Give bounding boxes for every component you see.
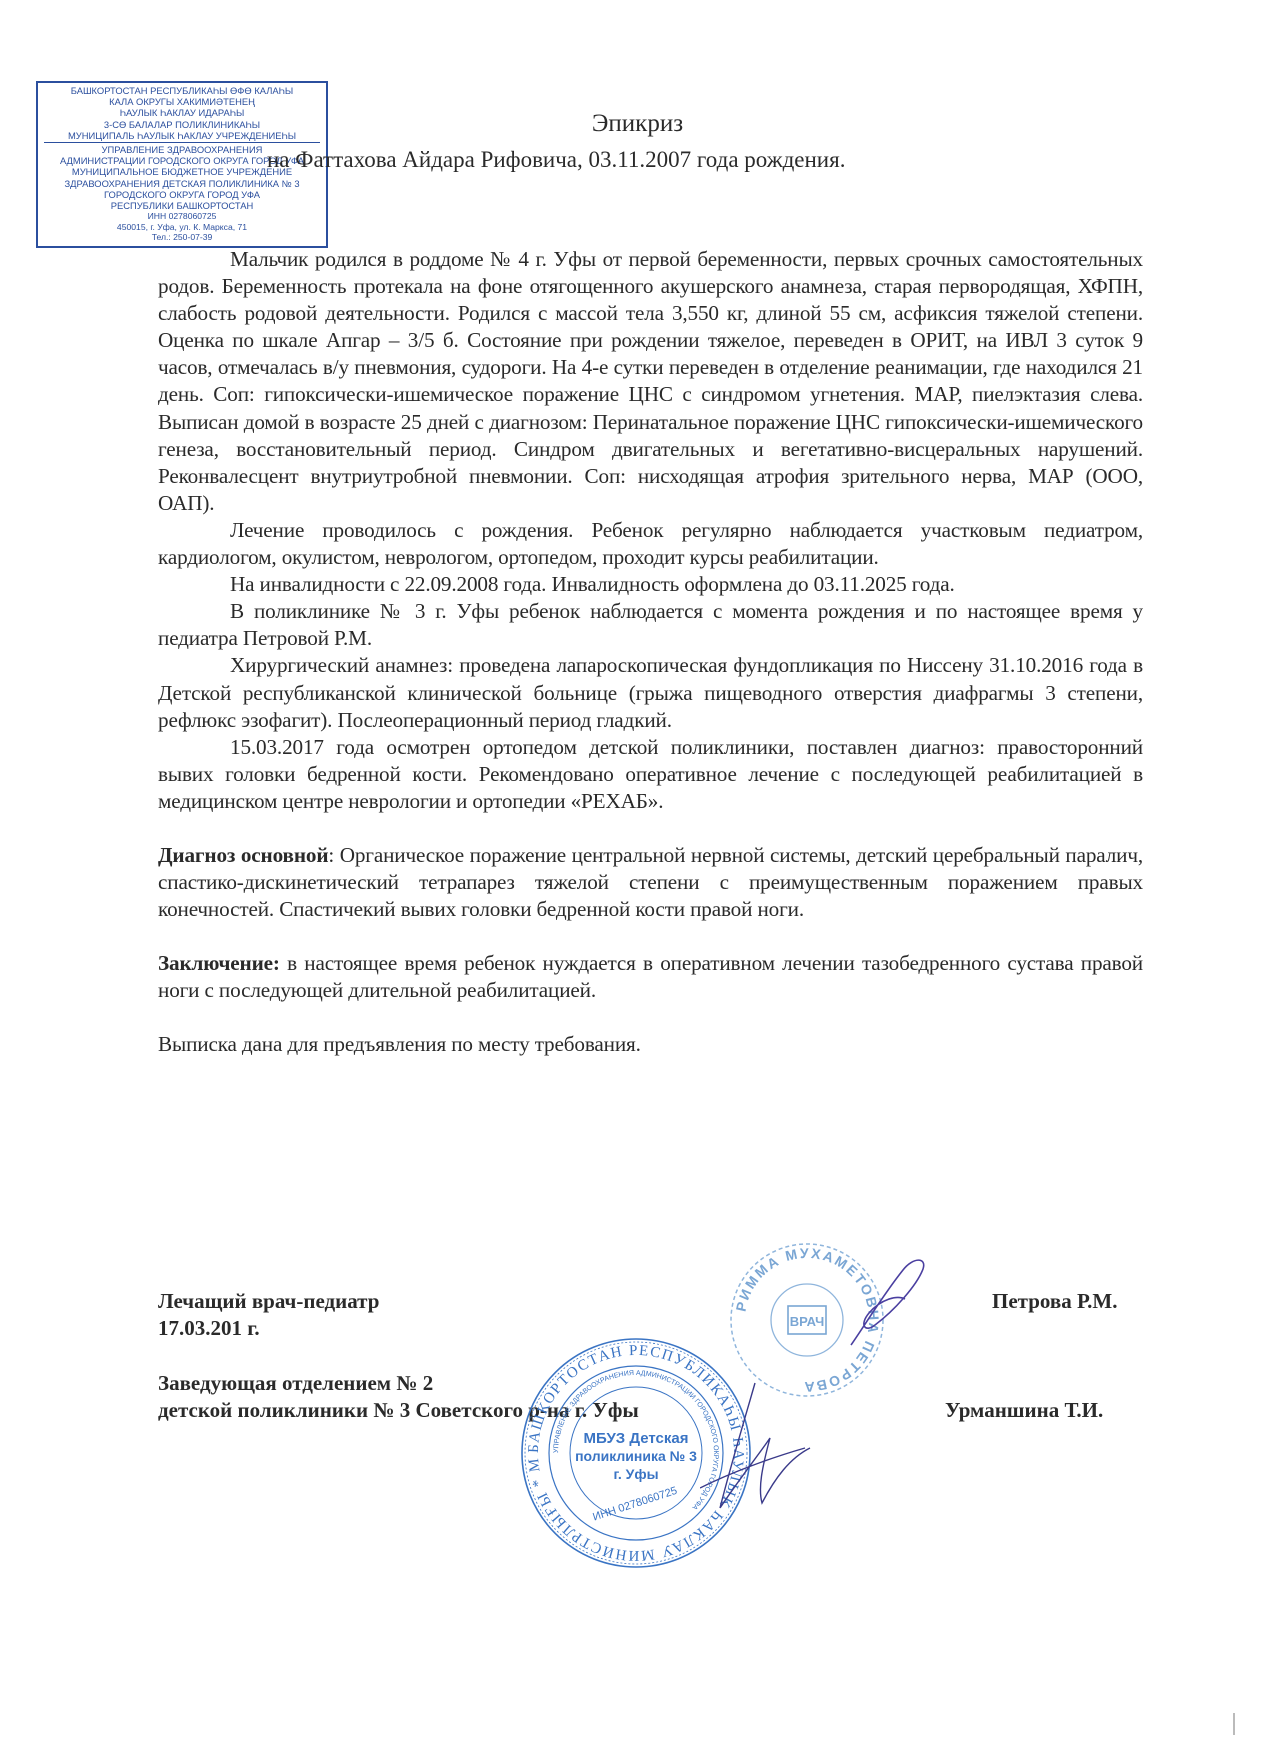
doctor-signature xyxy=(845,1255,935,1350)
paragraph-birth-history: Мальчик родился в роддоме № 4 г. Уфы от … xyxy=(158,246,1143,517)
diagnosis-label: Диагноз основной xyxy=(158,843,328,867)
doctor-role: Лечащий врач-педиатр xyxy=(158,1288,379,1315)
round-stamp-inner-text: УПРАВЛЕНИЕ ЗДРАВООХРАНЕНИЯ АДМИНИСТРАЦИИ… xyxy=(553,1370,719,1511)
conclusion-section: Заключение: в настоящее время ребенок ну… xyxy=(158,950,1143,1004)
svg-text:УПРАВЛЕНИЕ ЗДРАВООХРАНЕНИЯ АДМ: УПРАВЛЕНИЕ ЗДРАВООХРАНЕНИЯ АДМИНИСТРАЦИИ… xyxy=(553,1370,719,1511)
round-stamp-center-1: МБУЗ Детская xyxy=(584,1430,689,1447)
closing-statement: Выписка дана для предъявления по месту т… xyxy=(158,1031,1143,1058)
svg-text:РИММА МУХАМЕТОВНА ПЕТРОВА: РИММА МУХАМЕТОВНА ПЕТРОВА xyxy=(733,1245,883,1395)
conclusion-label: Заключение: xyxy=(158,951,280,975)
stamp-line: ЗДРАВООХРАНЕНИЯ ДЕТСКАЯ ПОЛИКЛИНИКА № 3 xyxy=(38,178,326,189)
round-stamp-center-3: г. Уфы xyxy=(613,1466,658,1482)
round-stamp-inn: ИНН 0278060725 xyxy=(591,1485,678,1524)
head-role-line1: Заведующая отделением № 2 xyxy=(158,1370,433,1397)
svg-text:БАШКОРТОСТАН РЕСПУБЛИКАҺЫ ҺАУЛ: БАШКОРТОСТАН РЕСПУБЛИКАҺЫ ҺАУЛЫК ҺАКЛАУ … xyxy=(518,1335,746,1563)
stamp-line: ГОРОДСКОГО ОКРУГА ГОРОД УФА xyxy=(38,189,326,200)
doctor-name: Петрова Р.М. xyxy=(992,1288,1118,1315)
round-stamp-center-2: поликлиника № 3 xyxy=(575,1448,697,1464)
stamp-line: БАШКОРТОСТАН РЕСПУБЛИКАҺЫ ӨФӨ КАЛАҺЫ xyxy=(38,85,326,96)
signature-date: 17.03.201 г. xyxy=(158,1315,260,1342)
document-title: Эпикриз xyxy=(0,110,1275,138)
personal-stamp-ring-text: РИММА МУХАМЕТОВНА ПЕТРОВА xyxy=(733,1245,883,1395)
head-role-line2: детской поликлиники № 3 Советского р-на … xyxy=(158,1397,639,1424)
stamp-line: КАЛА ОКРУГЫ ХАКИМИӘТЕНЕҢ xyxy=(38,96,326,107)
round-stamp-outer-text: БАШКОРТОСТАН РЕСПУБЛИКАҺЫ ҺАУЛЫК ҺАКЛАУ … xyxy=(518,1335,746,1563)
document-body: Мальчик родился в роддоме № 4 г. Уфы от … xyxy=(158,246,1143,1059)
stamp-phone: Тел.: 250-07-39 xyxy=(38,232,326,243)
stamp-inn: ИНН 0278060725 xyxy=(38,211,326,222)
doctor-personal-stamp: РИММА МУХАМЕТОВНА ПЕТРОВА ВРАЧ xyxy=(722,1238,892,1403)
document-subtitle: на Фаттахова Айдара Рифовича, 03.11.2007… xyxy=(267,147,845,173)
paragraph-surgical-history: Хирургический анамнез: проведена лапарос… xyxy=(158,652,1143,733)
paragraph-orthopedic: 15.03.2017 года осмотрен ортопедом детск… xyxy=(158,734,1143,815)
personal-stamp-center: ВРАЧ xyxy=(790,1314,824,1329)
official-round-stamp: БАШКОРТОСТАН РЕСПУБЛИКАҺЫ ҺАУЛЫК ҺАКЛАУ … xyxy=(518,1335,754,1571)
paragraph-polyclinic: В поликлинике № 3 г. Уфы ребенок наблюда… xyxy=(158,598,1143,652)
paragraph-treatment: Лечение проводилось с рождения. Ребенок … xyxy=(158,517,1143,571)
diagnosis-section: Диагноз основной: Органическое поражение… xyxy=(158,842,1143,923)
paragraph-disability: На инвалидности с 22.09.2008 года. Инвал… xyxy=(158,571,1143,598)
head-signature xyxy=(700,1378,820,1518)
stamp-line: РЕСПУБЛИКИ БАШКОРТОСТАН xyxy=(38,200,326,211)
scan-artifact xyxy=(1233,1713,1235,1735)
head-name: Урманшина Т.И. xyxy=(945,1397,1103,1424)
stamp-divider xyxy=(44,142,320,143)
stamp-address: 450015, г. Уфа, ул. К. Маркса, 71 xyxy=(38,222,326,233)
conclusion-text: в настоящее время ребенок нуждается в оп… xyxy=(158,951,1143,1002)
